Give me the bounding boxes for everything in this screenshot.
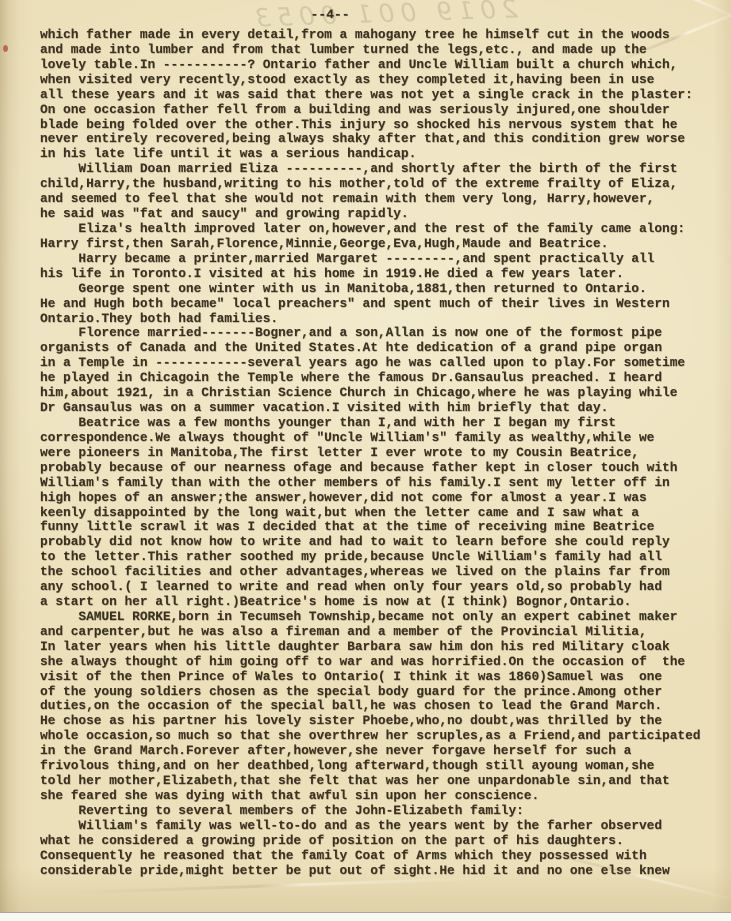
document-line: frivolous thing,and on her deathbed,long…	[40, 759, 730, 774]
document-line: organists of Canada and the United State…	[40, 341, 730, 356]
document-line: he said was "fat and saucy" and growing …	[40, 207, 730, 222]
document-line: correspondence.We always thought of "Unc…	[40, 431, 730, 446]
document-line: In later years when his little daughter …	[40, 640, 730, 655]
document-line: in the Grand March.Forever after,however…	[40, 744, 730, 759]
document-line: were pioneers in Manitoba,The first lett…	[40, 446, 730, 461]
page-number: --4--	[0, 7, 660, 22]
document-body: which father made in every detail,from a…	[40, 28, 730, 879]
document-line: William Doan married Eliza ----------,an…	[40, 162, 730, 177]
document-line: He chose as his partner his lovely siste…	[40, 714, 730, 729]
red-edge-mark	[3, 45, 8, 52]
document-line: lovely table.In -----------? Ontario fat…	[40, 58, 730, 73]
document-line: funny little scrawl it was I decided tha…	[40, 520, 730, 535]
document-line: a start on her all right.)Beatrice's hom…	[40, 595, 730, 610]
document-line: Eliza's health improved later on,however…	[40, 222, 730, 237]
document-line: he played in Chicagoin the Temple where …	[40, 371, 730, 386]
document-line: Florence married-------Bogner,and a son,…	[40, 326, 730, 341]
document-line: told her mother,Elizabeth,that she felt …	[40, 774, 730, 789]
document-line: probably did not know how to write and h…	[40, 535, 730, 550]
document-line: Ontario.They both had families.	[40, 312, 730, 327]
document-line: He and Hugh both became" local preachers…	[40, 297, 730, 312]
document-line: SAMUEL RORKE,born in Tecumseh Township,b…	[40, 610, 730, 625]
document-line: whole occasion,so much so that she overt…	[40, 729, 730, 744]
document-line: all these years and it was said that the…	[40, 88, 730, 103]
document-line: probably because of our nearness ofage a…	[40, 461, 730, 476]
document-line: in a Temple in ------------several years…	[40, 356, 730, 371]
document-line: in his late life until it was a serious …	[40, 147, 730, 162]
document-line: never entirely recovered,being always sh…	[40, 132, 730, 147]
document-line: Beatrice was a few months younger than I…	[40, 416, 730, 431]
document-line: George spent one winter with us in Manit…	[40, 282, 730, 297]
document-line: high hopes of an answer;the answer,howev…	[40, 491, 730, 506]
document-line: and made into lumber and from that lumbe…	[40, 43, 730, 58]
document-line: she always thought of him going off to w…	[40, 655, 730, 670]
document-line: and seemed to feel that she would not re…	[40, 192, 730, 207]
document-line: visit of the then Prince of Wales to Ont…	[40, 670, 730, 685]
document-line: his life in Toronto.I visited at his hom…	[40, 267, 730, 282]
document-line: duties,on the occasion of the special ba…	[40, 699, 730, 714]
document-line: blade being folded over the other.This i…	[40, 118, 730, 133]
paper-crease-bottom-1	[70, 877, 490, 895]
document-line: to the letter.This rather soothed my pri…	[40, 550, 730, 565]
document-line: the school facilities and other advantag…	[40, 565, 730, 580]
document-line: keenly disappointed by the long wait,but…	[40, 506, 730, 521]
document-line: considerable pride,might better be put o…	[40, 864, 730, 879]
document-line: and carpenter,but he was also a fireman …	[40, 625, 730, 640]
document-line: him,about 1921, in a Christian Science C…	[40, 386, 730, 401]
document-line: William's family was well-to-do and as t…	[40, 819, 730, 834]
document-line: of the young soldiers chosen as the spec…	[40, 685, 730, 700]
document-line: she feared she was dying with that awful…	[40, 789, 730, 804]
document-line: Harry first,then Sarah,Florence,Minnie,G…	[40, 237, 730, 252]
document-line: Consequently he reasoned that the family…	[40, 849, 730, 864]
document-line: On one occasion father fell from a build…	[40, 103, 730, 118]
document-line: Harry became a printer,married Margaret …	[40, 252, 730, 267]
paper-page: 2019 001 0053 --4-- which father made in…	[0, 0, 731, 913]
document-line: any school.( I learned to write and read…	[40, 580, 730, 595]
document-line: child,Harry,the husband,writing to his m…	[40, 177, 730, 192]
document-line: when visited very recently,stood exactly…	[40, 73, 730, 88]
document-line: William's family than with the other mem…	[40, 476, 730, 491]
document-line: Dr Gansaulus was on a summer vacation.I …	[40, 401, 730, 416]
document-line: what he considered a growing pride of po…	[40, 834, 730, 849]
document-line: which father made in every detail,from a…	[40, 28, 730, 43]
document-line: Reverting to several members of the John…	[40, 804, 730, 819]
scan-edge-strip	[0, 912, 731, 921]
